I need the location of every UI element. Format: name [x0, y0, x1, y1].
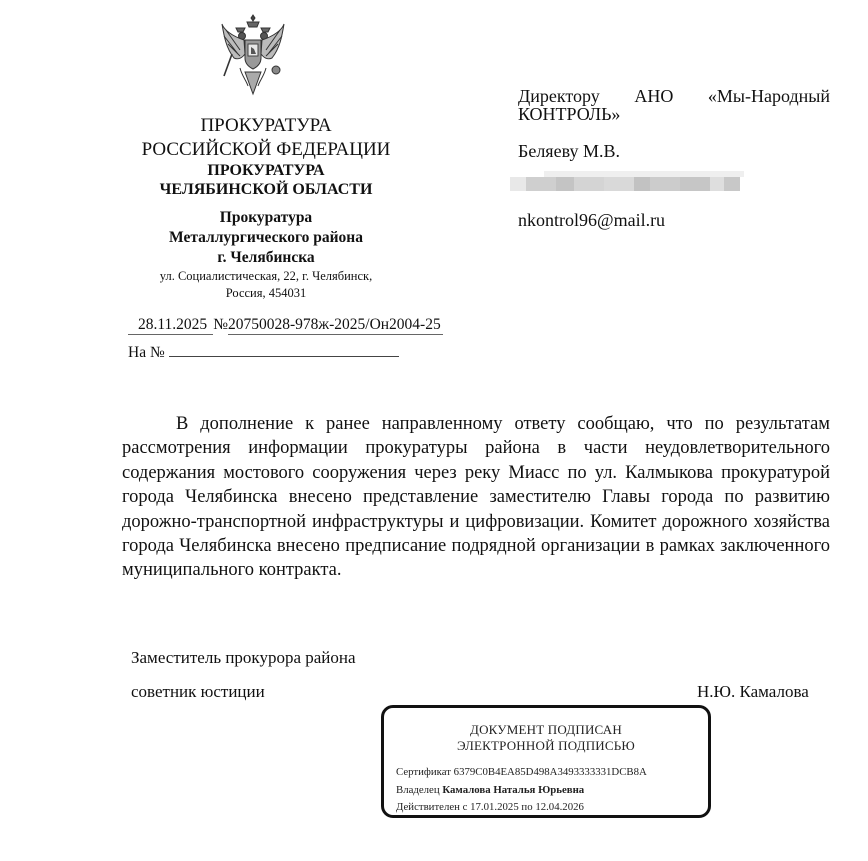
valid-to-label: по	[521, 801, 532, 813]
registration-line: 28.11.2025№20750028-978ж-2025/Он2004-25	[128, 316, 443, 334]
reply-reference-label: На №	[128, 344, 165, 361]
owner-value: Камалова Наталья Юрьевна	[442, 784, 584, 796]
addressee-title-cont: КОНТРОЛЬ»	[518, 106, 620, 123]
signatory-name: Н.Ю. Камалова	[697, 682, 809, 702]
certificate-label: Сертификат	[396, 766, 451, 778]
stamp-validity-row: Действителен с 17.01.2025 по 12.04.2026	[396, 801, 584, 813]
reply-reference-blank	[169, 344, 399, 357]
addressee-email: nkontrol96@mail.ru	[518, 210, 665, 231]
addressee-title: Директору АНО «Мы-Народный	[518, 88, 830, 105]
org-name-line: Прокуратура	[118, 210, 414, 226]
stamp-title: ЭЛЕКТРОННОЙ ПОДПИСЬЮ	[384, 738, 708, 754]
org-address-line: Россия, 454031	[118, 287, 414, 300]
valid-to: 12.04.2026	[535, 801, 584, 813]
redacted-field	[510, 171, 750, 195]
org-name-line: ЧЕЛЯБИНСКОЙ ОБЛАСТИ	[118, 182, 414, 198]
org-name-line: Металлургического района	[118, 230, 414, 246]
electronic-signature-stamp: ДОКУМЕНТ ПОДПИСАН ЭЛЕКТРОННОЙ ПОДПИСЬЮ С…	[381, 705, 711, 818]
stamp-certificate-row: Сертификат 6379C0B4EA85D498A3493333331DC…	[396, 766, 647, 778]
valid-from: 17.01.2025	[470, 801, 519, 813]
signatory-position: Заместитель прокурора района	[131, 648, 356, 668]
org-name-line: РОССИЙСКОЙ ФЕДЕРАЦИИ	[118, 140, 414, 159]
org-name-line: г. Челябинска	[118, 250, 414, 266]
reply-reference-line: На №	[128, 344, 399, 362]
letter-body-paragraph: В дополнение к ранее направленному ответ…	[122, 412, 830, 583]
org-name-line: ПРОКУРАТУРА	[118, 163, 414, 179]
stamp-title: ДОКУМЕНТ ПОДПИСАН	[384, 722, 708, 738]
document-date: 28.11.2025	[128, 316, 213, 335]
signatory-rank: советник юстиции	[131, 682, 265, 702]
russian-coat-of-arms-icon	[218, 14, 288, 98]
certificate-value: 6379C0B4EA85D498A3493333331DCB8A	[454, 766, 647, 778]
number-sign: №	[213, 316, 228, 333]
owner-label: Владелец	[396, 784, 440, 796]
org-address-line: ул. Социалистическая, 22, г. Челябинск,	[118, 270, 414, 283]
stamp-owner-row: Владелец Камалова Наталья Юрьевна	[396, 784, 584, 796]
valid-label: Действителен с	[396, 801, 467, 813]
addressee-name: Беляеву М.В.	[518, 141, 620, 162]
org-name-line: ПРОКУРАТУРА	[118, 116, 414, 135]
document-number: 20750028-978ж-2025/Он2004-25	[228, 316, 443, 335]
